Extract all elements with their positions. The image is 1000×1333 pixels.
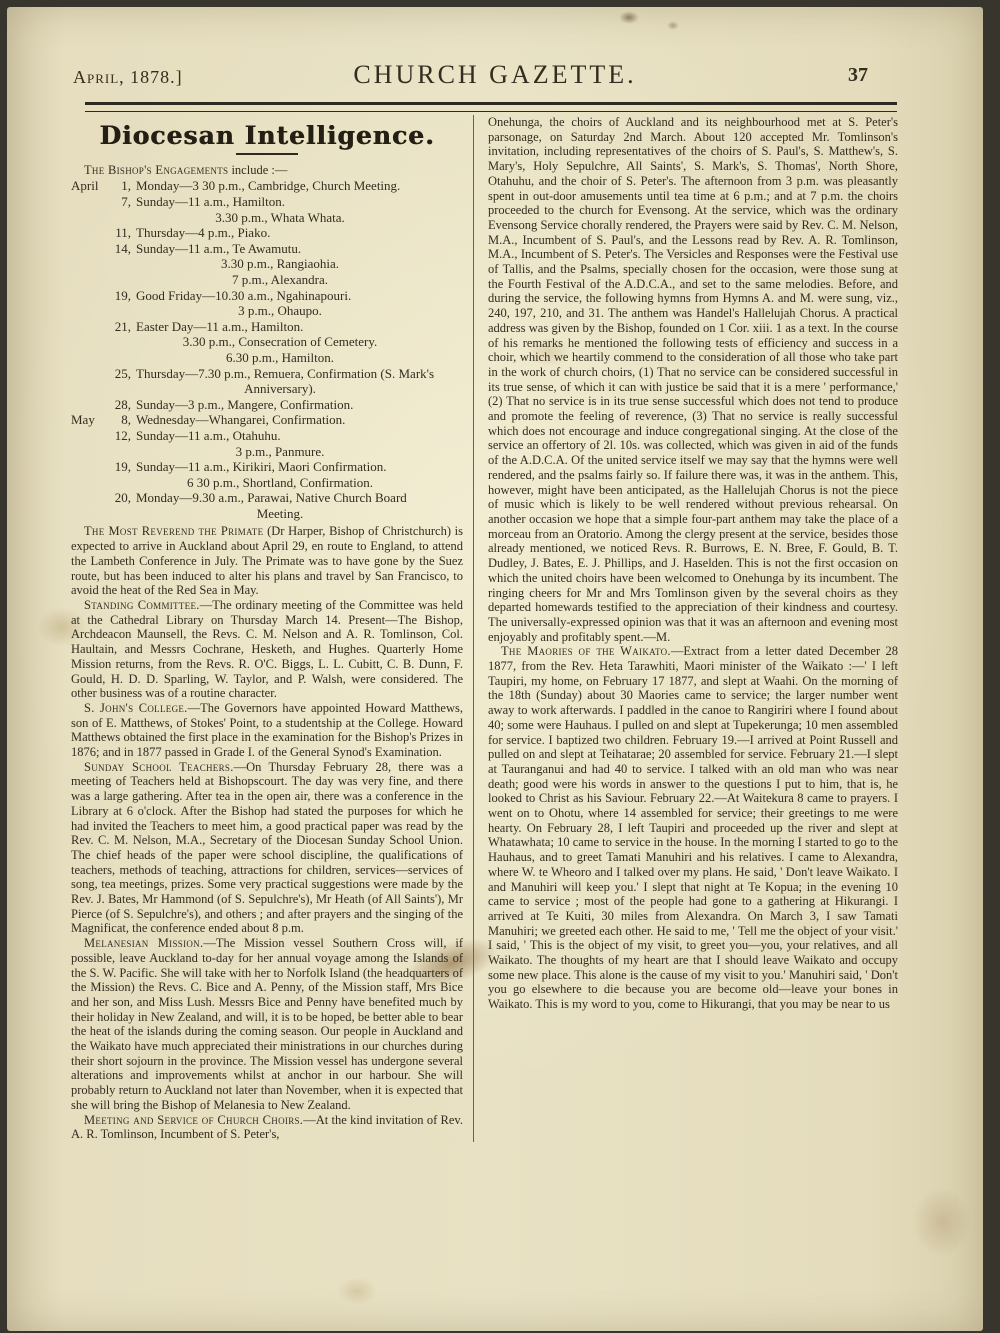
article-paragraph: Meeting and Service of Church Choirs.—At…: [71, 1113, 463, 1142]
schedule-line: Meeting.: [71, 506, 463, 522]
engagements-intro-lead: The Bishop's Engagements: [84, 163, 228, 177]
schedule-text: 6.30 p.m., Hamilton.: [226, 350, 334, 365]
schedule-day: 19,: [107, 288, 131, 304]
article-paragraph: Onehunga, the choirs of Auckland and its…: [488, 115, 898, 644]
schedule-text: Sunday—11 a.m., Otahuhu.: [136, 428, 463, 444]
schedule-text: Sunday—11 a.m., Hamilton.: [136, 194, 463, 210]
schedule-text: Thursday—7.30 p.m., Remuera, Confirmatio…: [136, 366, 463, 382]
article-paragraph: The Maories of the Waikato.—Extract from…: [488, 644, 898, 1012]
schedule-day: 25,: [107, 366, 131, 382]
schedule-day: 12,: [107, 428, 131, 444]
scanned-gazette-page: { "page": { "date_label": "April, 1878.]…: [0, 0, 1000, 1333]
heading-rule: [236, 153, 298, 155]
schedule-line: 19, Good Friday—10.30 a.m., Ngahinapouri…: [71, 288, 463, 304]
article-lead: Melanesian Mission.: [84, 936, 203, 950]
article-lead: The Maories of the Waikato.: [501, 644, 671, 658]
schedule-line: 3.30 p.m., Consecration of Cemetery.: [71, 334, 463, 350]
engagements-intro: The Bishop's Engagements include :—: [71, 163, 463, 178]
schedule-line: 3 p.m., Ohaupo.: [71, 303, 463, 319]
schedule-text: Thursday—4 p.m., Piako.: [136, 225, 463, 241]
schedule-day: 8,: [107, 412, 131, 428]
schedule-text: Sunday—3 p.m., Mangere, Confirmation.: [136, 397, 463, 413]
article-text: Onehunga, the choirs of Auckland and its…: [488, 115, 898, 644]
schedule-line: 3.30 p.m., Whata Whata.: [71, 210, 463, 226]
left-column: Diocesan Intelligence. The Bishop's Enga…: [71, 115, 473, 1142]
schedule-line: 12, Sunday—11 a.m., Otahuhu.: [71, 428, 463, 444]
article-paragraph: Sunday School Teachers.—On Thursday Febr…: [71, 760, 463, 936]
schedule-text: Good Friday—10.30 a.m., Ngahinapouri.: [136, 288, 463, 304]
schedule-text: 3 p.m., Ohaupo.: [238, 303, 322, 318]
left-column-articles: The Most Reverend the Primate (Dr Harper…: [71, 524, 463, 1142]
header-double-rule: [85, 102, 897, 112]
article-paragraph: Melanesian Mission.—The Mission vessel S…: [71, 936, 463, 1112]
article-text: —The Mission vessel Southern Cross will,…: [71, 936, 463, 1112]
schedule-month: [71, 319, 107, 335]
schedule-month: May: [71, 412, 107, 428]
schedule-month: [71, 241, 107, 257]
schedule-month: [71, 397, 107, 413]
schedule-month: [71, 194, 107, 210]
schedule-text: Sunday—11 a.m., Kirikiri, Maori Confirma…: [136, 459, 463, 475]
schedule-text: Sunday—11 a.m., Te Awamutu.: [136, 241, 463, 257]
schedule-line: 14, Sunday—11 a.m., Te Awamutu.: [71, 241, 463, 257]
foxing-spot: [337, 1277, 377, 1305]
schedule-line: 11, Thursday—4 p.m., Piako.: [71, 225, 463, 241]
masthead-title: CHURCH GAZETTE.: [7, 60, 983, 90]
schedule-day: 1,: [107, 178, 131, 194]
article-text: —Extract from a letter dated December 28…: [488, 644, 898, 1011]
schedule-month: [71, 490, 107, 506]
schedule-line: 7, Sunday—11 a.m., Hamilton.: [71, 194, 463, 210]
schedule-month: April: [71, 178, 107, 194]
engagements-schedule: April 1, Monday—3 30 p.m., Cambridge, Ch…: [71, 178, 463, 521]
section-heading: Diocesan Intelligence.: [71, 129, 463, 144]
columns: Diocesan Intelligence. The Bishop's Enga…: [71, 115, 899, 1142]
schedule-day: 20,: [107, 490, 131, 506]
schedule-line: 7 p.m., Alexandra.: [71, 272, 463, 288]
schedule-day: 19,: [107, 459, 131, 475]
schedule-text: 7 p.m., Alexandra.: [232, 272, 328, 287]
schedule-text: 3.30 p.m., Rangiaohia.: [221, 256, 339, 271]
schedule-month: [71, 459, 107, 475]
article-lead: The Most Reverend the Primate: [84, 524, 263, 538]
schedule-text: 3.30 p.m., Consecration of Cemetery.: [183, 334, 377, 349]
paper-page: April, 1878.] CHURCH GAZETTE. 37 Diocesa…: [7, 7, 983, 1331]
schedule-text: Wednesday—Whangarei, Confirmation.: [136, 412, 463, 428]
schedule-month: [71, 366, 107, 382]
schedule-month: [71, 288, 107, 304]
schedule-day: 21,: [107, 319, 131, 335]
schedule-line: 6 30 p.m., Shortland, Confirmation.: [71, 475, 463, 491]
schedule-month: [71, 225, 107, 241]
article-text: —The ordinary meeting of the Committee w…: [71, 598, 463, 700]
schedule-line: 28, Sunday—3 p.m., Mangere, Confirmation…: [71, 397, 463, 413]
page-header: April, 1878.] CHURCH GAZETTE. 37: [7, 7, 983, 107]
article-text: —On Thursday February 28, there was a me…: [71, 760, 463, 936]
schedule-day: 7,: [107, 194, 131, 210]
schedule-text: Monday—3 30 p.m., Cambridge, Church Meet…: [136, 178, 463, 194]
right-column-articles: Onehunga, the choirs of Auckland and its…: [488, 115, 898, 1012]
right-column: Onehunga, the choirs of Auckland and its…: [473, 115, 898, 1142]
schedule-day: 28,: [107, 397, 131, 413]
schedule-day: 14,: [107, 241, 131, 257]
schedule-text: 6 30 p.m., Shortland, Confirmation.: [187, 475, 373, 490]
engagements-intro-text: include :—: [228, 163, 287, 177]
article-lead: S. John's College.: [84, 701, 188, 715]
schedule-text: 3.30 p.m., Whata Whata.: [215, 210, 345, 225]
schedule-line: 6.30 p.m., Hamilton.: [71, 350, 463, 366]
schedule-text: Monday—9.30 a.m., Parawai, Native Church…: [136, 490, 463, 506]
schedule-line: Anniversary).: [71, 381, 463, 397]
schedule-line: May 8, Wednesday—Whangarei, Confirmation…: [71, 412, 463, 428]
schedule-month: [71, 428, 107, 444]
article-paragraph: The Most Reverend the Primate (Dr Harper…: [71, 524, 463, 598]
article-paragraph: Standing Committee.—The ordinary meeting…: [71, 598, 463, 701]
schedule-text: Meeting.: [257, 506, 304, 521]
page-number: 37: [848, 64, 868, 87]
schedule-day: 11,: [107, 225, 131, 241]
schedule-line: April 1, Monday—3 30 p.m., Cambridge, Ch…: [71, 178, 463, 194]
schedule-text: Easter Day—11 a.m., Hamilton.: [136, 319, 463, 335]
article-lead: Sunday School Teachers.: [84, 760, 234, 774]
article-lead: Standing Committee.: [84, 598, 200, 612]
schedule-line: 20, Monday—9.30 a.m., Parawai, Native Ch…: [71, 490, 463, 506]
schedule-line: 19, Sunday—11 a.m., Kirikiri, Maori Conf…: [71, 459, 463, 475]
schedule-line: 21, Easter Day—11 a.m., Hamilton.: [71, 319, 463, 335]
article-lead: Meeting and Service of Church Choirs.: [84, 1113, 303, 1127]
schedule-text: 3 p.m., Panmure.: [236, 444, 325, 459]
schedule-line: 3.30 p.m., Rangiaohia.: [71, 256, 463, 272]
schedule-text: Anniversary).: [244, 381, 316, 396]
schedule-line: 3 p.m., Panmure.: [71, 444, 463, 460]
foxing-spot: [912, 1187, 972, 1257]
schedule-line: 25, Thursday—7.30 p.m., Remuera, Confirm…: [71, 366, 463, 382]
article-paragraph: S. John's College.—The Governors have ap…: [71, 701, 463, 760]
